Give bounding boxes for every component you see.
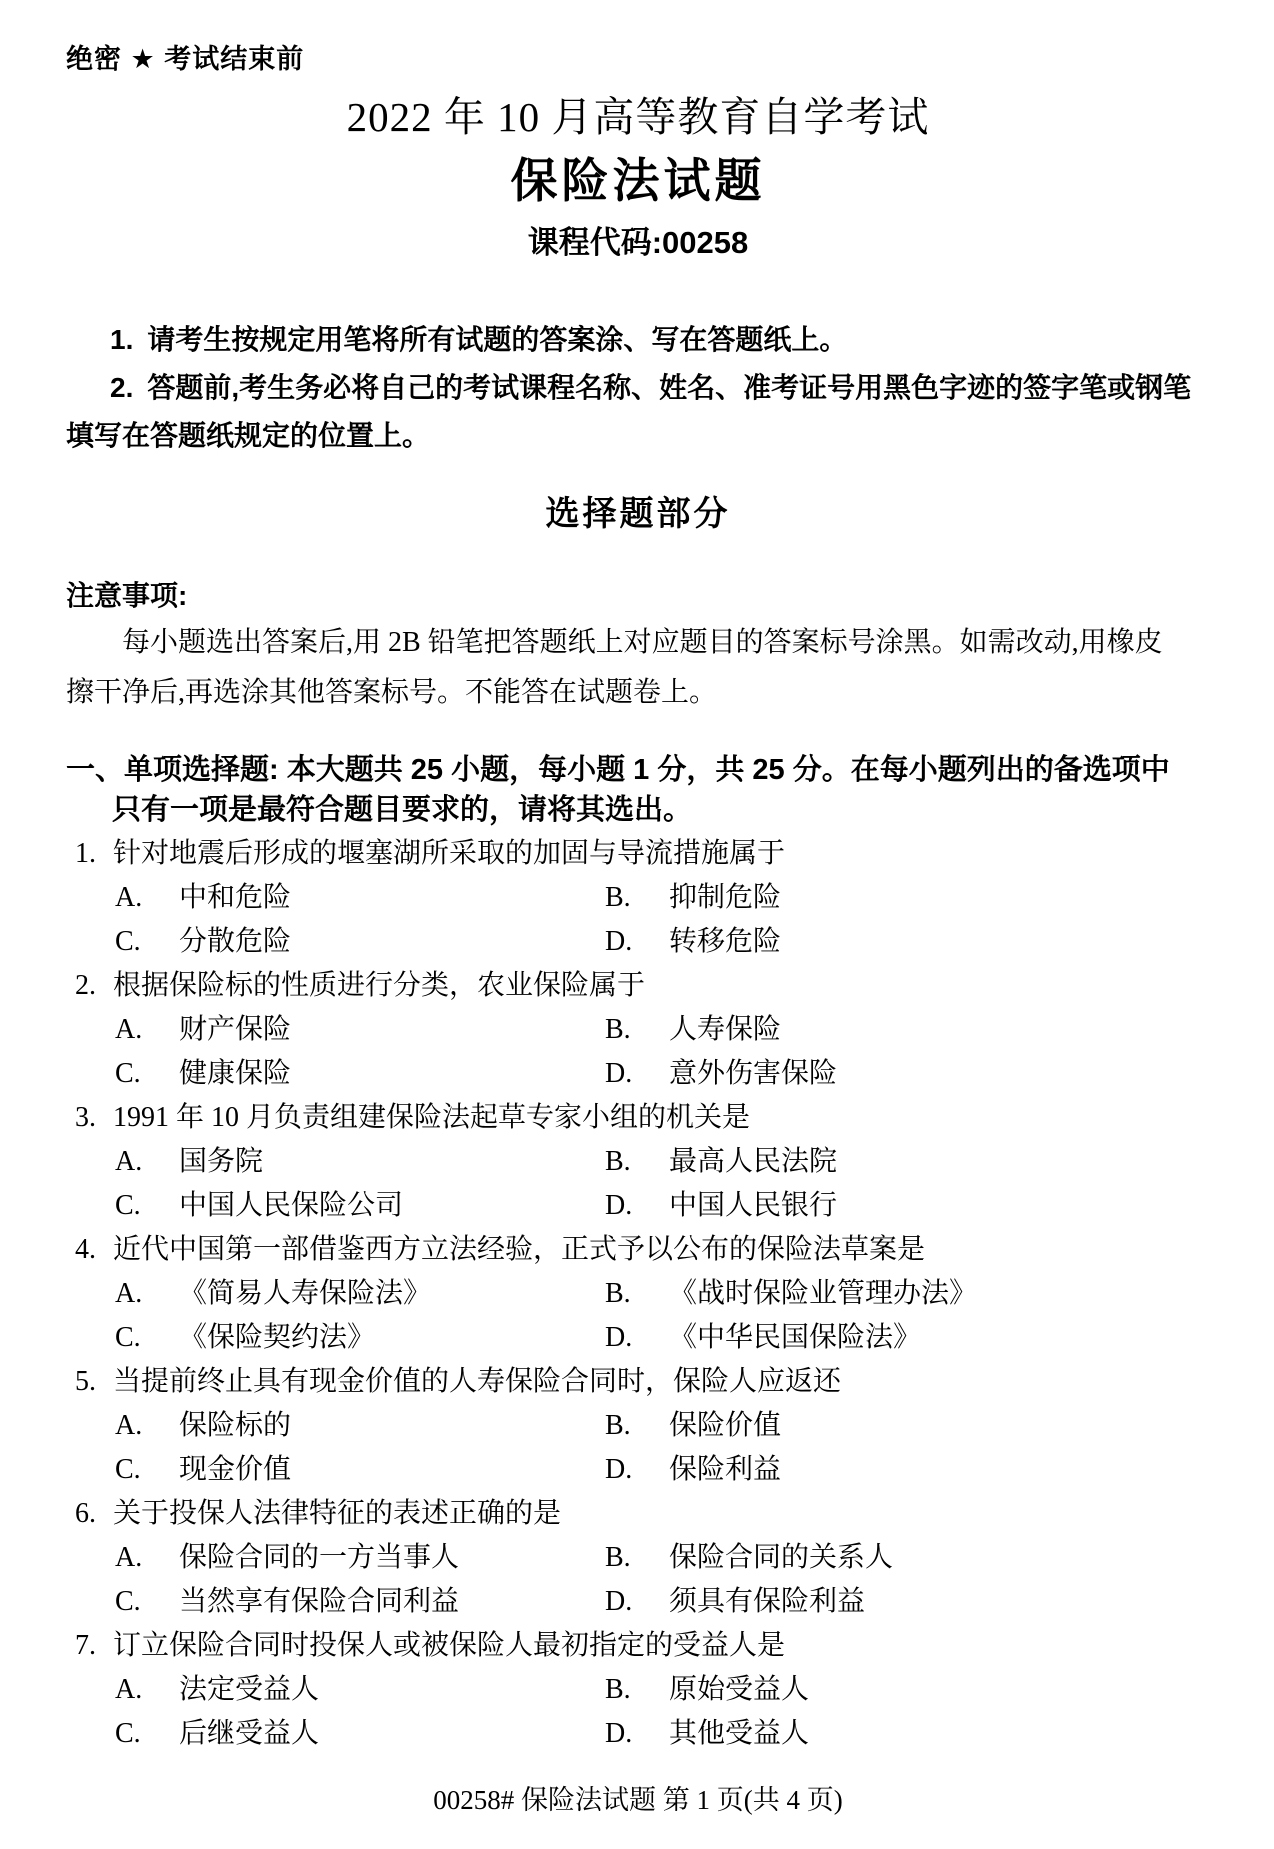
part1-heading-line1: 一、单项选择题: 本大题共 25 小题，每小题 1 分，共 25 分。在每小题列… xyxy=(66,754,1170,786)
option-text: 财产保险 xyxy=(179,1014,291,1045)
question-1-option-A: A.中和危险 xyxy=(115,876,605,920)
question-6-option-A: A.保险合同的一方当事人 xyxy=(115,1536,605,1580)
option-label: C. xyxy=(115,1580,179,1624)
question-2-stem: 2.根据保险标的性质进行分类，农业保险属于 xyxy=(66,964,1210,1008)
option-text: 保险标的 xyxy=(179,1410,291,1441)
part1-heading: 一、单项选择题: 本大题共 25 小题，每小题 1 分，共 25 分。在每小题列… xyxy=(66,750,1210,830)
question-4-number: 4. xyxy=(66,1228,113,1272)
option-text: 当然享有保险合同利益 xyxy=(179,1586,459,1617)
option-label: D. xyxy=(605,1316,669,1360)
question-3-option-C: C.中国人民保险公司 xyxy=(115,1184,605,1228)
option-label: C. xyxy=(115,1316,179,1360)
option-label: A. xyxy=(115,1536,179,1580)
option-text: 中和危险 xyxy=(179,882,291,913)
option-label: D. xyxy=(605,1184,669,1228)
option-text: 后继受益人 xyxy=(179,1718,319,1749)
question-1-option-B: B.抑制危险 xyxy=(605,876,1210,920)
question-3-options: A.国务院 B.最高人民法院 C.中国人民保险公司 D.中国人民银行 xyxy=(66,1140,1210,1228)
instruction-2-text-line2: 填写在答题纸规定的位置上。 xyxy=(66,412,430,460)
question-5-option-B: B.保险价值 xyxy=(605,1404,1210,1448)
question-2: 2.根据保险标的性质进行分类，农业保险属于 A.财产保险 B.人寿保险 C.健康… xyxy=(66,964,1210,1096)
question-5-number: 5. xyxy=(66,1360,113,1404)
question-2-option-C: C.健康保险 xyxy=(115,1052,605,1096)
question-6: 6.关于投保人法律特征的表述正确的是 A.保险合同的一方当事人 B.保险合同的关… xyxy=(66,1492,1210,1624)
question-5: 5.当提前终止具有现金价值的人寿保险合同时，保险人应返还 A.保险标的 B.保险… xyxy=(66,1360,1210,1492)
notice-line1: 每小题选出答案后,用 2B 铅笔把答题纸上对应题目的答案标号涂黑。如需改动,用橡… xyxy=(122,627,1163,658)
option-label: B. xyxy=(605,1536,669,1580)
question-4-text: 近代中国第一部借鉴西方立法经验，正式予以公布的保险法草案是 xyxy=(113,1234,925,1265)
exam-session-title: 2022 年 10 月高等教育自学考试 xyxy=(66,90,1210,144)
question-7-number: 7. xyxy=(66,1624,113,1668)
question-3-text: 1991 年 10 月负责组建保险法起草专家小组的机关是 xyxy=(113,1102,750,1133)
option-label: A. xyxy=(115,1668,179,1712)
question-7-text: 订立保险合同时投保人或被保险人最初指定的受益人是 xyxy=(113,1630,785,1661)
option-label: C. xyxy=(115,1052,179,1096)
option-text: 保险利益 xyxy=(669,1454,781,1485)
question-7-options: A.法定受益人 B.原始受益人 C.后继受益人 D.其他受益人 xyxy=(66,1668,1210,1756)
classification-banner: 绝密 ★ 考试结束前 xyxy=(66,42,1210,76)
question-4-option-C: C.《保险契约法》 xyxy=(115,1316,605,1360)
option-label: B. xyxy=(605,876,669,920)
option-text: 《简易人寿保险法》 xyxy=(179,1278,431,1309)
option-text: 抑制危险 xyxy=(669,882,781,913)
question-3-option-B: B.最高人民法院 xyxy=(605,1140,1210,1184)
instruction-1-number: 1. xyxy=(110,324,133,355)
question-1-options: A.中和危险 B.抑制危险 C.分散危险 D.转移危险 xyxy=(66,876,1210,964)
option-label: B. xyxy=(605,1008,669,1052)
option-label: B. xyxy=(605,1404,669,1448)
question-1-text: 针对地震后形成的堰塞湖所采取的加固与导流措施属于 xyxy=(113,838,785,869)
question-6-options: A.保险合同的一方当事人 B.保险合同的关系人 C.当然享有保险合同利益 D.须… xyxy=(66,1536,1210,1624)
option-text: 其他受益人 xyxy=(669,1718,809,1749)
question-2-options: A.财产保险 B.人寿保险 C.健康保险 D.意外伤害保险 xyxy=(66,1008,1210,1096)
question-1: 1.针对地震后形成的堰塞湖所采取的加固与导流措施属于 A.中和危险 B.抑制危险… xyxy=(66,832,1210,964)
option-text: 《保险契约法》 xyxy=(179,1322,375,1353)
question-4-option-D: D.《中华民国保险法》 xyxy=(605,1316,1210,1360)
question-2-option-D: D.意外伤害保险 xyxy=(605,1052,1210,1096)
question-5-text: 当提前终止具有现金价值的人寿保险合同时，保险人应返还 xyxy=(113,1366,841,1397)
option-label: C. xyxy=(115,1712,179,1756)
option-label: D. xyxy=(605,1052,669,1096)
option-label: C. xyxy=(115,920,179,964)
option-label: B. xyxy=(605,1272,669,1316)
option-label: A. xyxy=(115,1140,179,1184)
option-label: B. xyxy=(605,1140,669,1184)
question-2-option-A: A.财产保险 xyxy=(115,1008,605,1052)
question-4-option-B: B.《战时保险业管理办法》 xyxy=(605,1272,1210,1316)
question-3-stem: 3.1991 年 10 月负责组建保险法起草专家小组的机关是 xyxy=(66,1096,1210,1140)
question-3-number: 3. xyxy=(66,1096,113,1140)
instruction-2-text-line1: 答题前,考生务必将自己的考试课程名称、姓名、准考证号用黑色字迹的签字笔或钢笔 xyxy=(147,372,1191,403)
question-6-text: 关于投保人法律特征的表述正确的是 xyxy=(113,1498,561,1529)
option-text: 中国人民银行 xyxy=(669,1190,837,1221)
option-text: 《中华民国保险法》 xyxy=(669,1322,921,1353)
option-text: 国务院 xyxy=(179,1146,263,1177)
question-7-stem: 7.订立保险合同时投保人或被保险人最初指定的受益人是 xyxy=(66,1624,1210,1668)
question-1-number: 1. xyxy=(66,832,113,876)
option-label: C. xyxy=(115,1184,179,1228)
question-3: 3.1991 年 10 月负责组建保险法起草专家小组的机关是 A.国务院 B.最… xyxy=(66,1096,1210,1228)
question-7-option-C: C.后继受益人 xyxy=(115,1712,605,1756)
option-text: 保险合同的关系人 xyxy=(669,1542,893,1573)
option-text: 中国人民保险公司 xyxy=(179,1190,403,1221)
instruction-1: 1.请考生按规定用笔将所有试题的答案涂、写在答题纸上。 xyxy=(66,316,1210,364)
option-text: 现金价值 xyxy=(179,1454,291,1485)
paper-title: 保险法试题 xyxy=(66,150,1210,212)
option-text: 人寿保险 xyxy=(669,1014,781,1045)
option-text: 最高人民法院 xyxy=(669,1146,837,1177)
option-text: 保险合同的一方当事人 xyxy=(179,1542,459,1573)
question-5-option-A: A.保险标的 xyxy=(115,1404,605,1448)
question-5-option-D: D.保险利益 xyxy=(605,1448,1210,1492)
exam-paper-page: 绝密 ★ 考试结束前 2022 年 10 月高等教育自学考试 保险法试题 课程代… xyxy=(0,0,1274,1849)
question-7-option-D: D.其他受益人 xyxy=(605,1712,1210,1756)
option-label: D. xyxy=(605,1448,669,1492)
question-5-option-C: C.现金价值 xyxy=(115,1448,605,1492)
notice-label: 注意事项: xyxy=(66,574,1210,618)
option-text: 分散危险 xyxy=(179,926,291,957)
question-4-options: A.《简易人寿保险法》 B.《战时保险业管理办法》 C.《保险契约法》 D.《中… xyxy=(66,1272,1210,1360)
question-3-option-D: D.中国人民银行 xyxy=(605,1184,1210,1228)
question-5-options: A.保险标的 B.保险价值 C.现金价值 D.保险利益 xyxy=(66,1404,1210,1492)
option-label: A. xyxy=(115,1008,179,1052)
question-6-option-C: C.当然享有保险合同利益 xyxy=(115,1580,605,1624)
course-code-line: 课程代码:00258 xyxy=(66,220,1210,266)
option-label: C. xyxy=(115,1448,179,1492)
option-text: 法定受益人 xyxy=(179,1674,319,1705)
instruction-2-number: 2. xyxy=(110,372,133,403)
question-7: 7.订立保险合同时投保人或被保险人最初指定的受益人是 A.法定受益人 B.原始受… xyxy=(66,1624,1210,1756)
question-1-option-D: D.转移危险 xyxy=(605,920,1210,964)
option-text: 须具有保险利益 xyxy=(669,1586,865,1617)
option-label: D. xyxy=(605,920,669,964)
question-4-option-A: A.《简易人寿保险法》 xyxy=(115,1272,605,1316)
question-list: 1.针对地震后形成的堰塞湖所采取的加固与导流措施属于 A.中和危险 B.抑制危险… xyxy=(66,832,1210,1756)
question-4: 4.近代中国第一部借鉴西方立法经验，正式予以公布的保险法草案是 A.《简易人寿保… xyxy=(66,1228,1210,1360)
option-label: D. xyxy=(605,1712,669,1756)
question-3-option-A: A.国务院 xyxy=(115,1140,605,1184)
question-6-option-B: B.保险合同的关系人 xyxy=(605,1536,1210,1580)
notice-line2: 擦干净后,再选涂其他答案标号。不能答在试题卷上。 xyxy=(66,677,717,708)
option-text: 原始受益人 xyxy=(669,1674,809,1705)
page-footer: 00258# 保险法试题 第 1 页(共 4 页) xyxy=(66,1782,1210,1818)
question-2-number: 2. xyxy=(66,964,113,1008)
question-1-option-C: C.分散危险 xyxy=(115,920,605,964)
option-text: 保险价值 xyxy=(669,1410,781,1441)
question-2-text: 根据保险标的性质进行分类，农业保险属于 xyxy=(113,970,645,1001)
question-7-option-A: A.法定受益人 xyxy=(115,1668,605,1712)
option-label: B. xyxy=(605,1668,669,1712)
section-title: 选择题部分 xyxy=(66,490,1210,538)
question-5-stem: 5.当提前终止具有现金价值的人寿保险合同时，保险人应返还 xyxy=(66,1360,1210,1404)
option-text: 健康保险 xyxy=(179,1058,291,1089)
option-label: A. xyxy=(115,876,179,920)
instruction-1-text: 请考生按规定用笔将所有试题的答案涂、写在答题纸上。 xyxy=(147,324,847,355)
notice-paragraph: 每小题选出答案后,用 2B 铅笔把答题纸上对应题目的答案标号涂黑。如需改动,用橡… xyxy=(66,618,1210,718)
question-1-stem: 1.针对地震后形成的堰塞湖所采取的加固与导流措施属于 xyxy=(66,832,1210,876)
question-7-option-B: B.原始受益人 xyxy=(605,1668,1210,1712)
option-label: A. xyxy=(115,1404,179,1448)
instruction-2: 2.答题前,考生务必将自己的考试课程名称、姓名、准考证号用黑色字迹的签字笔或钢笔… xyxy=(66,364,1210,460)
option-text: 转移危险 xyxy=(669,926,781,957)
option-label: D. xyxy=(605,1580,669,1624)
option-text: 意外伤害保险 xyxy=(669,1058,837,1089)
option-text: 《战时保险业管理办法》 xyxy=(669,1278,977,1309)
part1-heading-line2: 只有一项是最符合题目要求的，请将其选出。 xyxy=(112,794,692,826)
question-6-stem: 6.关于投保人法律特征的表述正确的是 xyxy=(66,1492,1210,1536)
question-6-option-D: D.须具有保险利益 xyxy=(605,1580,1210,1624)
option-label: A. xyxy=(115,1272,179,1316)
question-4-stem: 4.近代中国第一部借鉴西方立法经验，正式予以公布的保险法草案是 xyxy=(66,1228,1210,1272)
question-2-option-B: B.人寿保险 xyxy=(605,1008,1210,1052)
question-6-number: 6. xyxy=(66,1492,113,1536)
